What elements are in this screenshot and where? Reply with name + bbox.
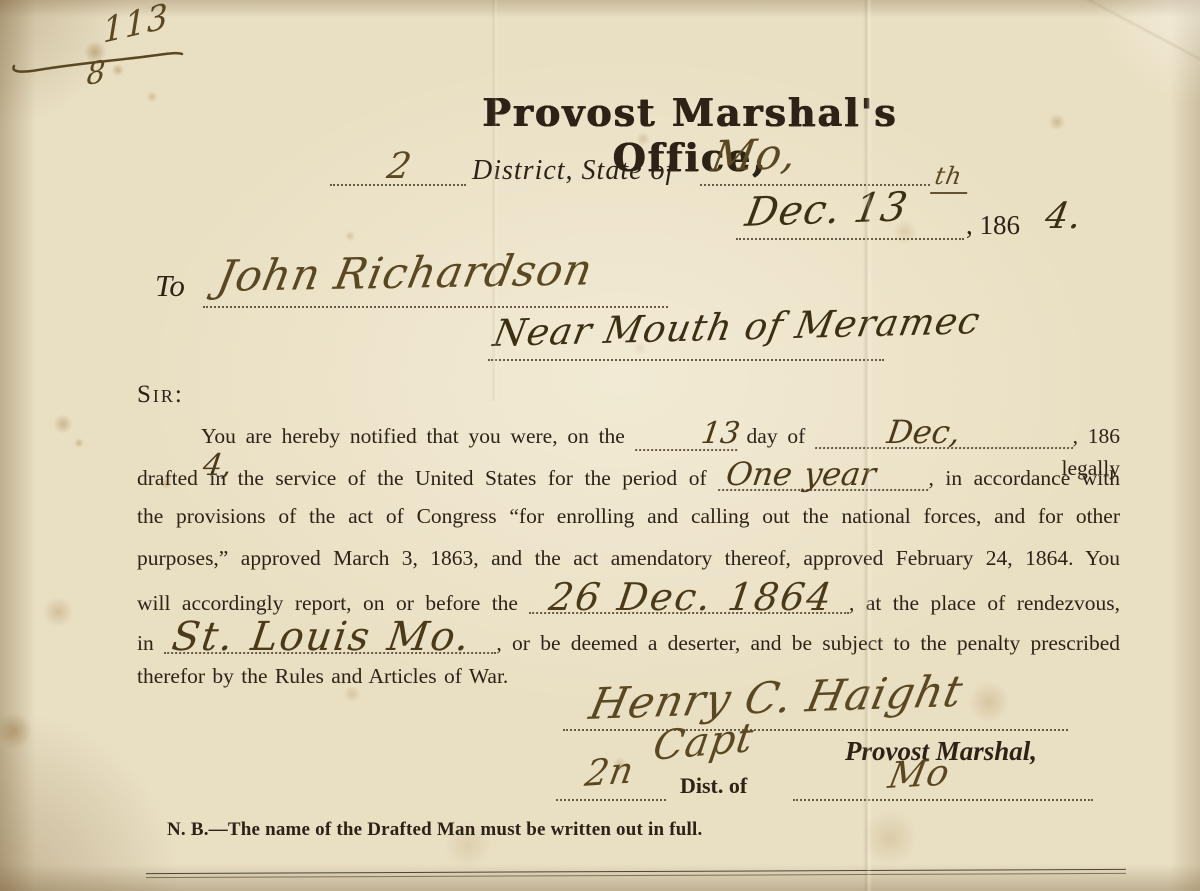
folio-numerator: 113 bbox=[102, 0, 169, 52]
signature-district-fill: 2n bbox=[582, 750, 637, 795]
signature-rank-fill: Capt bbox=[650, 714, 757, 770]
period-fill: One year bbox=[718, 459, 933, 491]
signature-state-fill: Mo bbox=[885, 752, 954, 797]
salutation: Sir: bbox=[137, 381, 184, 409]
body-text: , in accordance with bbox=[928, 466, 1120, 490]
body-line-5: will accordingly report, on or before th… bbox=[137, 582, 1120, 618]
report-date-fill: 26 Dec. 1864 bbox=[529, 582, 853, 614]
addressee-rule bbox=[203, 306, 668, 308]
district-number-fill: 2 bbox=[384, 146, 415, 187]
body-line-3: the provisions of the act of Congress “f… bbox=[137, 501, 1120, 531]
body-text: will accordingly report, on or before th… bbox=[137, 591, 518, 615]
date-fill: Dec. 13 bbox=[742, 184, 912, 236]
body-line-2: drafted in the service of the United Sta… bbox=[137, 459, 1120, 493]
district-abbrev-rule bbox=[556, 799, 666, 801]
footnote: N. B.—The name of the Drafted Man must b… bbox=[167, 819, 702, 841]
body-text: day of bbox=[747, 424, 806, 448]
to-label: To bbox=[155, 268, 185, 304]
body-text: , 186 bbox=[1073, 424, 1120, 448]
body-text: You are hereby notified that you were, o… bbox=[201, 424, 625, 448]
day-fill: 13 bbox=[635, 419, 742, 451]
body-text: in bbox=[137, 631, 154, 655]
body-line-6: in St. Louis Mo., or be deemed a deserte… bbox=[137, 622, 1120, 658]
body-text: drafted in the service of the United Sta… bbox=[137, 466, 707, 490]
addressee-name-fill: John Richardson bbox=[213, 245, 597, 302]
signature-rule bbox=[563, 729, 1068, 731]
address-rule bbox=[488, 359, 884, 361]
body-text: , at the place of rendezvous, bbox=[849, 591, 1120, 615]
diagonal-crease bbox=[1025, 0, 1200, 100]
date-rule bbox=[736, 238, 964, 240]
month-fill: Dec, bbox=[815, 417, 1077, 449]
body-line-4: purposes,” approved March 3, 1863, and t… bbox=[137, 543, 1120, 573]
body-text: , or be deemed a deserter, and be subjec… bbox=[496, 631, 1120, 655]
draft-notice-document: 113 8 Provost Marshal's Office, 2 Distri… bbox=[0, 0, 1200, 891]
date-ordinal-fill: th bbox=[930, 162, 973, 194]
printed-year-prefix: , 186 bbox=[966, 210, 1020, 241]
dist-of-label: Dist. of bbox=[680, 773, 747, 799]
state-fill: Mo, bbox=[708, 129, 801, 181]
district-printed-label: District, State of bbox=[472, 155, 674, 187]
place-fill: St. Louis Mo. bbox=[164, 622, 501, 654]
year-digit-fill: 4. bbox=[1042, 196, 1086, 237]
folio-denominator: 8 bbox=[86, 54, 107, 93]
bottom-rule bbox=[146, 869, 1126, 878]
signature-state-rule bbox=[793, 799, 1093, 801]
